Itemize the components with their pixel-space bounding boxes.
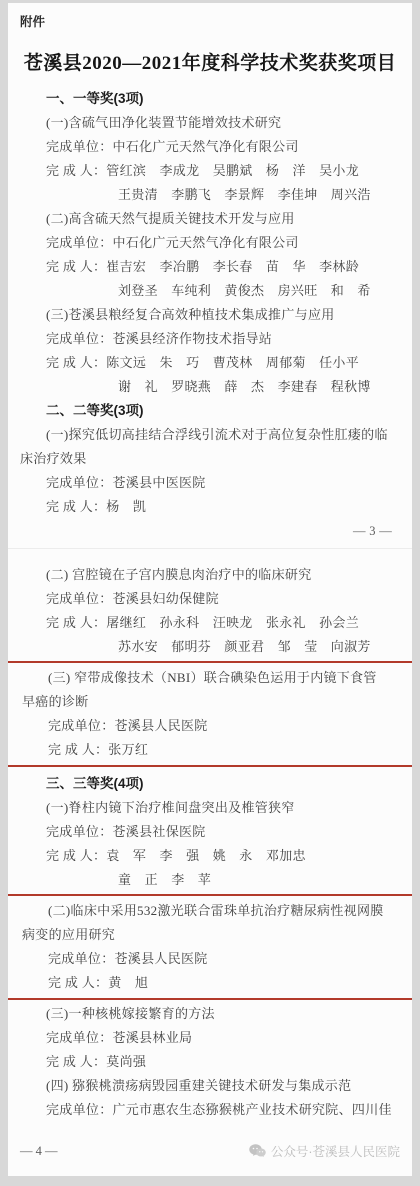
item-unit: 完成单位：苍溪县经济作物技术指导站 xyxy=(20,327,400,351)
award-item: (二) 宫腔镜在子宫内膜息肉治疗中的临床研究 完成单位：苍溪县妇幼保健院 完 成… xyxy=(20,563,400,659)
item-title: (一)脊柱内镜下治疗椎间盘突出及椎管狭窄 xyxy=(20,796,400,820)
wechat-icon xyxy=(249,1144,266,1158)
document-page: 附件 苍溪县2020—2021年度科学技术奖获奖项目 一、一等奖(3项) (一)… xyxy=(8,3,412,1176)
award-item: (一)含硫气田净化装置节能增效技术研究 完成单位：中石化广元天然气净化有限公司 … xyxy=(20,111,400,207)
award-item: (一)探究低切高挂结合浮线引流术对于高位复杂性肛瘘的临 床治疗效果 完成单位：苍… xyxy=(20,423,400,519)
item-title: (三) 窄带成像技术（NBI）联合碘染色运用于内镜下食管 xyxy=(22,666,400,690)
item-title-cont: 早癌的诊断 xyxy=(22,690,400,714)
item-persons: 完 成 人：崔吉宏 李冶鹏 李长春 苗 华 李林龄 xyxy=(20,255,400,279)
item-unit: 完成单位：中石化广元天然气净化有限公司 xyxy=(20,231,400,255)
award-item: (三)一种核桃嫁接繁育的方法 完成单位：苍溪县林业局 完 成 人：莫尚强 xyxy=(20,1002,400,1074)
item-persons: 完 成 人：杨 凯 xyxy=(20,495,400,519)
item-title: (一)含硫气田净化装置节能增效技术研究 xyxy=(20,111,400,135)
award-item: (一)脊柱内镜下治疗椎间盘突出及椎管狭窄 完成单位：苍溪县社保医院 完 成 人：… xyxy=(20,796,400,892)
document-title: 苍溪县2020—2021年度科学技术奖获奖项目 xyxy=(20,48,400,75)
item-persons: 完 成 人：张万红 xyxy=(22,738,400,762)
item-unit: 完成单位：苍溪县人民医院 xyxy=(22,947,400,971)
section-heading-first-prize: 一、一等奖(3项) xyxy=(20,87,400,111)
item-unit: 完成单位：苍溪县林业局 xyxy=(20,1026,400,1050)
page-number-4: — 4 — xyxy=(20,1140,58,1162)
item-title-cont: 病变的应用研究 xyxy=(22,923,400,947)
item-title: (四) 猕猴桃溃疡病毁园重建关键技术研发与集成示范 xyxy=(20,1074,400,1098)
item-title: (二) 宫腔镜在子宫内膜息肉治疗中的临床研究 xyxy=(20,563,400,587)
item-persons: 完 成 人：黄 旭 xyxy=(22,971,400,995)
page-footer: — 4 — 公众号·苍溪县人民医院 xyxy=(20,1140,400,1162)
item-persons-cont: 王贵清 李鹏飞 李景辉 李佳坤 周兴浩 xyxy=(20,183,400,207)
item-persons-cont: 苏水安 郁明芬 颜亚君 邹 莹 向淑芳 xyxy=(20,635,400,659)
attachment-label: 附件 xyxy=(20,9,400,30)
item-persons: 完 成 人：陈文远 朱 巧 曹茂林 周郁菊 任小平 xyxy=(20,351,400,375)
screenshot-canvas: 附件 苍溪县2020—2021年度科学技术奖获奖项目 一、一等奖(3项) (一)… xyxy=(0,0,420,1186)
wechat-watermark: 公众号·苍溪县人民医院 xyxy=(249,1142,400,1160)
item-title: (二)临床中采用532激光联合雷珠单抗治疗糖尿病性视网膜 xyxy=(22,899,400,923)
item-persons: 完 成 人：屠继红 孙永科 汪映龙 张永礼 孙会兰 xyxy=(20,611,400,635)
award-item: (四) 猕猴桃溃疡病毁园重建关键技术研发与集成示范 完成单位：广元市惠农生态猕猴… xyxy=(20,1074,400,1122)
award-item: (三)苍溪县粮经复合高效种植技术集成推广与应用 完成单位：苍溪县经济作物技术指导… xyxy=(20,303,400,399)
item-unit: 完成单位：苍溪县人民医院 xyxy=(22,714,400,738)
item-unit: 完成单位：苍溪县社保医院 xyxy=(20,820,400,844)
page-break-divider xyxy=(8,548,412,549)
item-title: (三)一种核桃嫁接繁育的方法 xyxy=(20,1002,400,1026)
highlight-box-laser-item: (二)临床中采用532激光联合雷珠单抗治疗糖尿病性视网膜 病变的应用研究 完成单… xyxy=(8,894,412,1000)
watermark-text: 公众号·苍溪县人民医院 xyxy=(271,1142,400,1160)
item-title: (二)高含硫天然气提质关键技术开发与应用 xyxy=(20,207,400,231)
item-title: (一)探究低切高挂结合浮线引流术对于高位复杂性肛瘘的临 xyxy=(20,423,400,447)
item-persons-cont: 刘登圣 车纯利 黄俊杰 房兴旺 和 希 xyxy=(20,279,400,303)
highlight-box-nbi-item: (三) 窄带成像技术（NBI）联合碘染色运用于内镜下食管 早癌的诊断 完成单位：… xyxy=(8,661,412,767)
item-unit: 完成单位：苍溪县妇幼保健院 xyxy=(20,587,400,611)
item-unit: 完成单位：广元市惠农生态猕猴桃产业技术研究院、四川佳 xyxy=(20,1098,400,1122)
section-heading-third-prize: 三、三等奖(4项) xyxy=(20,772,400,796)
page-number-3: — 3 — xyxy=(20,519,400,543)
item-persons-cont: 谢 礼 罗晓燕 薛 杰 李建春 程秋博 xyxy=(20,375,400,399)
item-persons: 完 成 人：管红滨 李成龙 吴鹏斌 杨 洋 吴小龙 xyxy=(20,159,400,183)
item-title: (三)苍溪县粮经复合高效种植技术集成推广与应用 xyxy=(20,303,400,327)
item-persons: 完 成 人：袁 军 李 强 姚 永 邓加忠 xyxy=(20,844,400,868)
section-heading-second-prize: 二、二等奖(3项) xyxy=(20,399,400,423)
item-persons: 完 成 人：莫尚强 xyxy=(20,1050,400,1074)
item-unit: 完成单位：苍溪县中医医院 xyxy=(20,471,400,495)
item-title-cont: 床治疗效果 xyxy=(20,447,400,471)
award-item: (二)高含硫天然气提质关键技术开发与应用 完成单位：中石化广元天然气净化有限公司… xyxy=(20,207,400,303)
item-persons-cont: 童 正 李 苹 xyxy=(20,868,400,892)
item-unit: 完成单位：中石化广元天然气净化有限公司 xyxy=(20,135,400,159)
